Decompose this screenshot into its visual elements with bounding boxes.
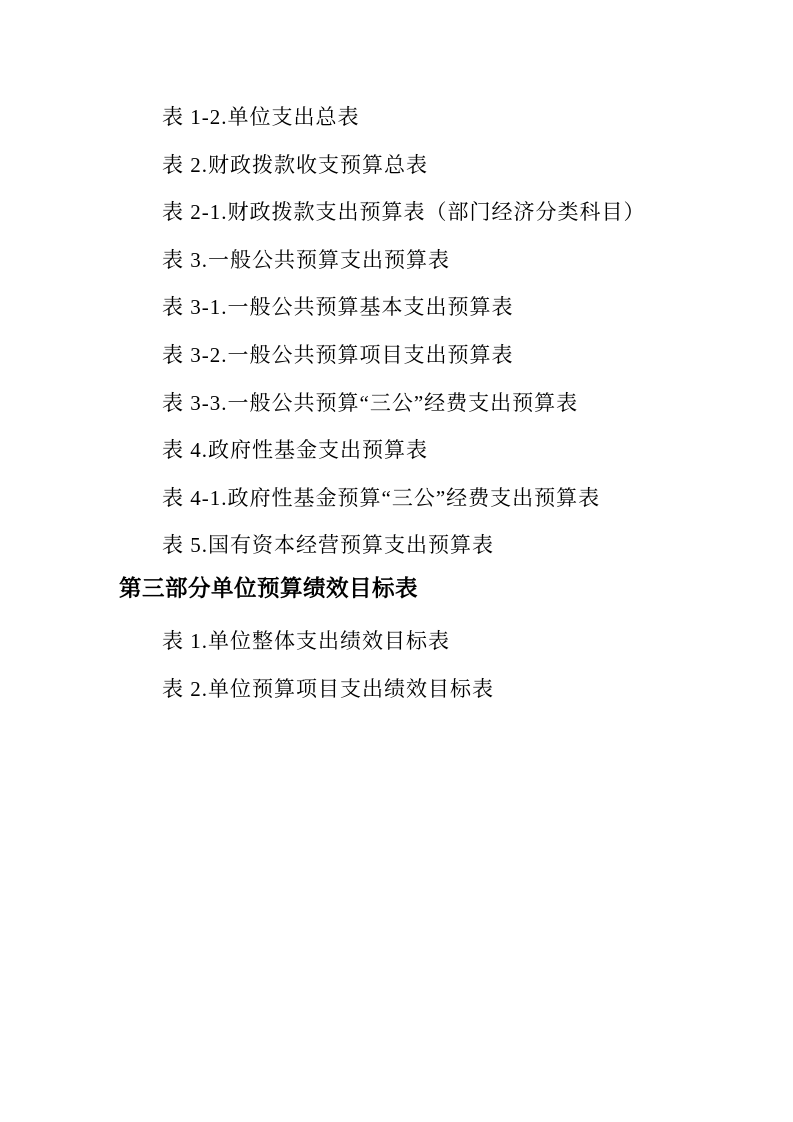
document-page: 表 1-2.单位支出总表 表 2.财政拨款收支预算总表 表 2-1.财政拨款支出… [0,0,793,1122]
toc-entry-table-3-3: 表 3-3.一般公共预算“三公”经费支出预算表 [119,380,723,428]
toc-entry-table-3: 表 3.一般公共预算支出预算表 [119,237,723,285]
toc-entry-table-2-1: 表 2-1.财政拨款支出预算表（部门经济分类科目） [119,189,723,237]
toc-entry-part3-table-1: 表 1.单位整体支出绩效目标表 [119,618,723,666]
toc-entry-table-5: 表 5.国有资本经营预算支出预算表 [119,522,723,570]
toc-entry-table-4-1: 表 4-1.政府性基金预算“三公”经费支出预算表 [119,475,723,523]
document-content: 表 1-2.单位支出总表 表 2.财政拨款收支预算总表 表 2-1.财政拨款支出… [119,94,723,713]
part3-heading: 第三部分单位预算绩效目标表 [119,570,723,608]
toc-entry-table-3-1: 表 3-1.一般公共预算基本支出预算表 [119,284,723,332]
toc-entry-part3-table-2: 表 2.单位预算项目支出绩效目标表 [119,666,723,714]
toc-entry-table-4: 表 4.政府性基金支出预算表 [119,427,723,475]
toc-entry-table-3-2: 表 3-2.一般公共预算项目支出预算表 [119,332,723,380]
toc-entry-table-2: 表 2.财政拨款收支预算总表 [119,142,723,190]
toc-entry-table-1-2: 表 1-2.单位支出总表 [119,94,723,142]
